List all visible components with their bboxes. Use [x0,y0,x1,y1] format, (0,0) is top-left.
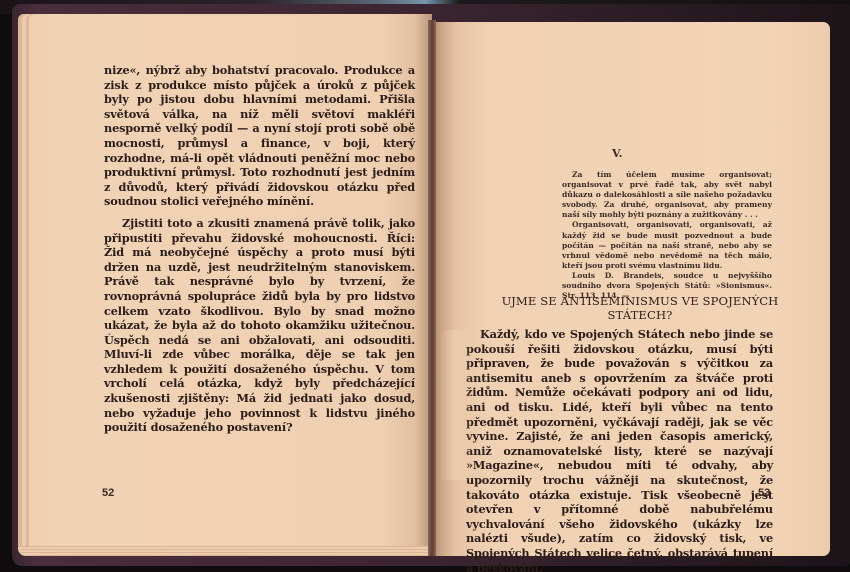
left-page-number: 52 [102,487,114,499]
left-page-edges [18,546,432,556]
left-page-body: nize«, nýbrž aby bohatství pracovalo. Pr… [104,63,415,435]
right-paragraph-1: Každý, kdo ve Spojených Státech nebo jin… [466,327,773,572]
chapter-number: V. [612,147,622,160]
left-paragraph-1: nize«, nýbrž aby bohatství pracovalo. Pr… [104,63,415,209]
chapter-motto: Za tím účelem musíme organisovat; organi… [562,170,772,301]
chapter-heading: UJME SE ANTISEMINISMUS VE SPOJENÝCH STÁT… [480,294,800,322]
motto-paragraph-1: Za tím účelem musíme organisovat; organi… [562,170,772,220]
motto-paragraph-2: Organisovati, organisovati, organisovati… [562,220,772,270]
left-paragraph-2: Zjistiti toto a zkusiti znamená právě to… [104,216,415,435]
book-gutter [428,20,436,556]
right-page-body: Každý, kdo ve Spojených Státech nebo jin… [466,327,773,572]
right-page-number: 53 [758,487,770,499]
